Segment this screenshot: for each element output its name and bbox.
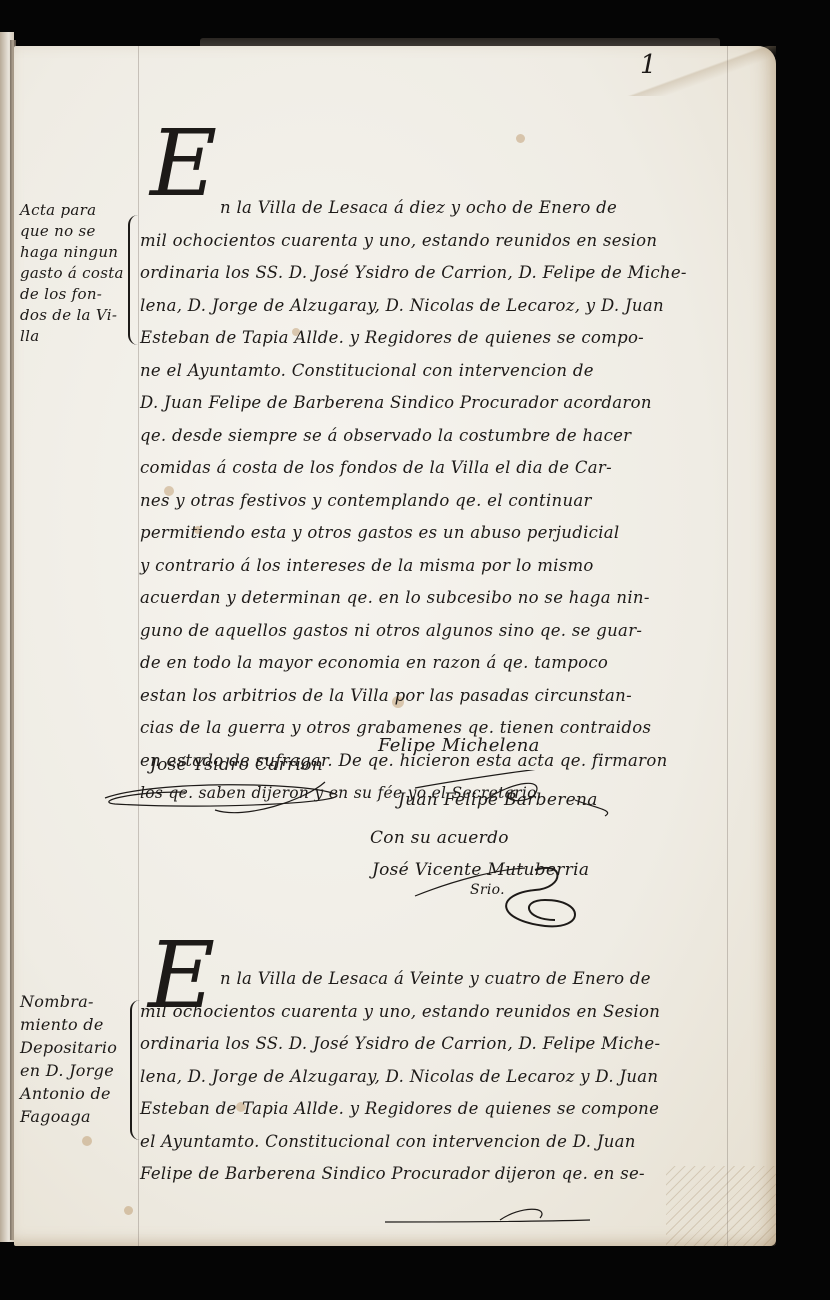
text-line: mil ochocientos cuarenta y uno, estando … <box>140 225 780 258</box>
signature-michelena: Felipe Michelena <box>378 735 540 756</box>
margin-note-line: Depositario <box>20 1036 138 1059</box>
text-line: n la Villa de Lesaca á Veinte y cuatro d… <box>140 963 780 996</box>
margin-note-line: en D. Jorge <box>20 1059 138 1082</box>
text-line: de en todo la mayor economia en razon á … <box>140 647 780 680</box>
margin-note-line: haga ningun <box>20 242 138 263</box>
catchword-flourish-icon <box>380 1200 620 1230</box>
margin-note-line: Antonio de <box>20 1082 138 1105</box>
text-line: qe. desde siempre se á observado la cost… <box>140 420 780 453</box>
entry-2-body: n la Villa de Lesaca á Veinte y cuatro d… <box>140 963 780 1191</box>
text-line: mil ochocientos cuarenta y uno, estando … <box>140 996 780 1029</box>
page-number: 1 <box>640 50 657 80</box>
foxing-stain <box>82 1136 92 1146</box>
margin-note-line: dos de la Vi- <box>20 305 138 326</box>
text-line: estan los arbitrios de la Villa por las … <box>140 680 780 713</box>
text-line: n la Villa de Lesaca á diez y ocho de En… <box>140 192 780 225</box>
margin-note-line: Acta para <box>20 200 138 221</box>
margin-note-line: de los fon- <box>20 284 138 305</box>
text-line: ne el Ayuntamto. Constitucional con inte… <box>140 355 780 388</box>
text-line: acuerdan y determinan qe. en lo subcesib… <box>140 582 780 615</box>
entry-1-body: n la Villa de Lesaca á diez y ocho de En… <box>140 192 780 810</box>
margin-note-line: Fagoaga <box>20 1105 138 1128</box>
text-line: ordinaria los SS. D. José Ysidro de Carr… <box>140 1028 780 1061</box>
margin-note-line: Nombra- <box>20 990 138 1013</box>
text-line: ordinaria los SS. D. José Ysidro de Carr… <box>140 257 780 290</box>
text-line: permitiendo esta y otros gastos es un ab… <box>140 517 780 550</box>
text-line: Esteban de Tapia Allde. y Regidores de q… <box>140 1093 780 1126</box>
text-line: comidas á costa de los fondos de la Vill… <box>140 452 780 485</box>
text-line: y contrario á los intereses de la misma … <box>140 550 780 583</box>
text-line: lena, D. Jorge de Alzugaray, D. Nicolas … <box>140 1061 780 1094</box>
foxing-stain <box>516 134 525 143</box>
text-line: Esteban de Tapia Allde. y Regidores de q… <box>140 322 780 355</box>
margin-note-entry-2: Nombra- miento de Depositario en D. Jorg… <box>20 990 138 1128</box>
text-line: D. Juan Felipe de Barberena Sindico Proc… <box>140 387 780 420</box>
text-line: lena, D. Jorge de Alzugaray, D. Nicolas … <box>140 290 780 323</box>
text-line: el Ayuntamto. Constitucional con interve… <box>140 1126 780 1159</box>
margin-note-entry-1: Acta para que no se haga ningun gasto á … <box>20 200 138 347</box>
margin-note-line: gasto á costa <box>20 263 138 284</box>
foxing-stain <box>124 1206 133 1215</box>
text-line: nes y otras festivos y contemplando qe. … <box>140 485 780 518</box>
text-line: guno de aquellos gastos ni otros algunos… <box>140 615 780 648</box>
margin-note-line: que no se <box>20 221 138 242</box>
text-line: Felipe de Barberena Sindico Procurador d… <box>140 1158 780 1191</box>
margin-note-line: lla <box>20 326 138 347</box>
margin-note-line: miento de <box>20 1013 138 1036</box>
